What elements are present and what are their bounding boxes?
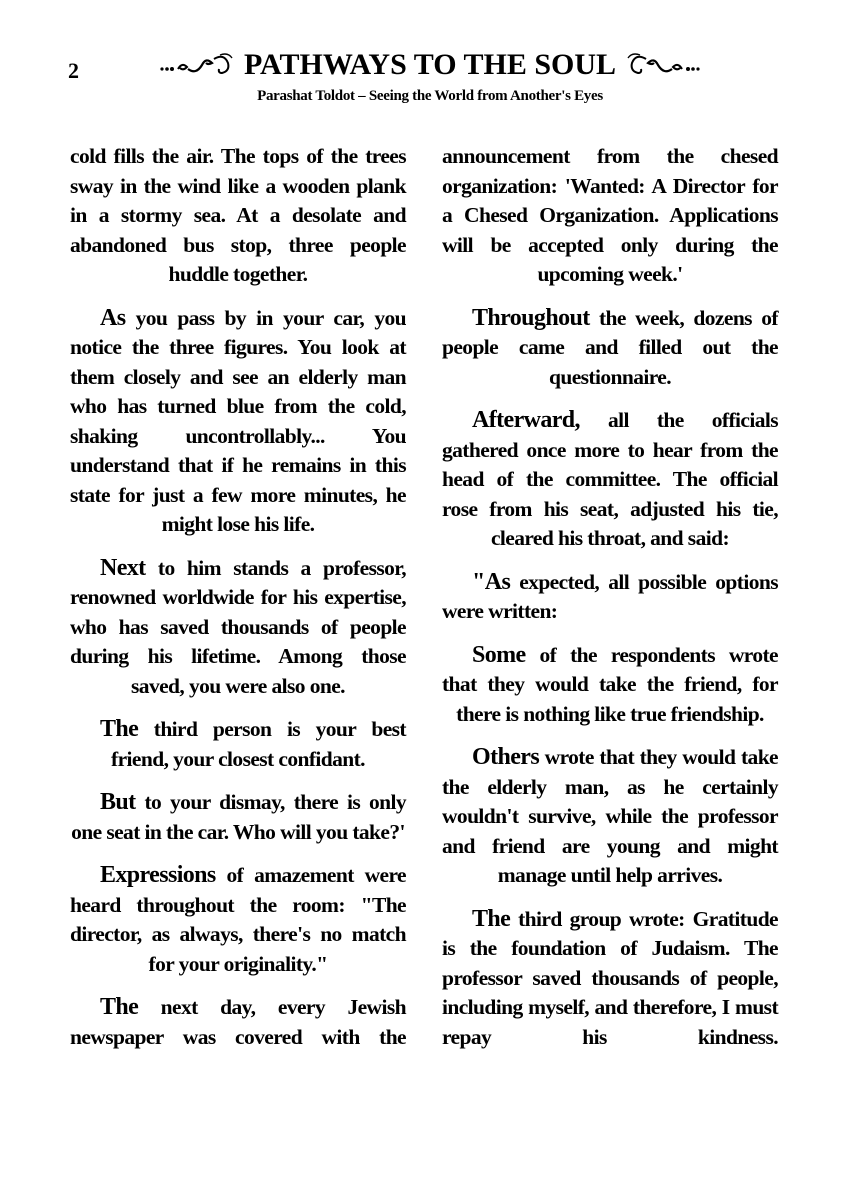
paragraph: Afterward, all the officials gathered on… bbox=[442, 406, 778, 554]
left-column: cold fills the air. The tops of the tree… bbox=[70, 142, 406, 1066]
paragraph: Expressions of amazement were heard thro… bbox=[70, 861, 406, 979]
page-header: PATHWAYS TO THE SOUL Parashat Toldot – S… bbox=[120, 48, 740, 105]
paragraph: Some of the respondents wrote that they … bbox=[442, 641, 778, 730]
paragraph: "As expected, all possible options were … bbox=[442, 568, 778, 627]
paragraph: Others wrote that they would take the el… bbox=[442, 743, 778, 891]
page-number: 2 bbox=[68, 58, 79, 84]
paragraph: cold fills the air. The tops of the tree… bbox=[70, 142, 406, 290]
right-column: announcement from the chesed organizatio… bbox=[442, 142, 778, 1066]
paragraph: The third group wrote: Gratitude is the … bbox=[442, 905, 778, 1053]
flourish-left-icon bbox=[158, 51, 238, 79]
paragraph: announcement from the chesed organizatio… bbox=[442, 142, 778, 290]
paragraph: Next to him stands a professor, renowned… bbox=[70, 554, 406, 702]
flourish-right-icon bbox=[622, 51, 702, 79]
book-title: PATHWAYS TO THE SOUL bbox=[244, 48, 616, 82]
paragraph: But to your dismay, there is only one se… bbox=[70, 788, 406, 847]
paragraph: As you pass by in your car, you notice t… bbox=[70, 304, 406, 540]
paragraph: Throughout the week, dozens of people ca… bbox=[442, 304, 778, 393]
chapter-subtitle: Parashat Toldot – Seeing the World from … bbox=[120, 88, 740, 105]
title-row: PATHWAYS TO THE SOUL bbox=[120, 48, 740, 82]
paragraph: The third person is your best friend, yo… bbox=[70, 715, 406, 774]
paragraph: The next day, every Jewish newspaper was… bbox=[70, 993, 406, 1052]
